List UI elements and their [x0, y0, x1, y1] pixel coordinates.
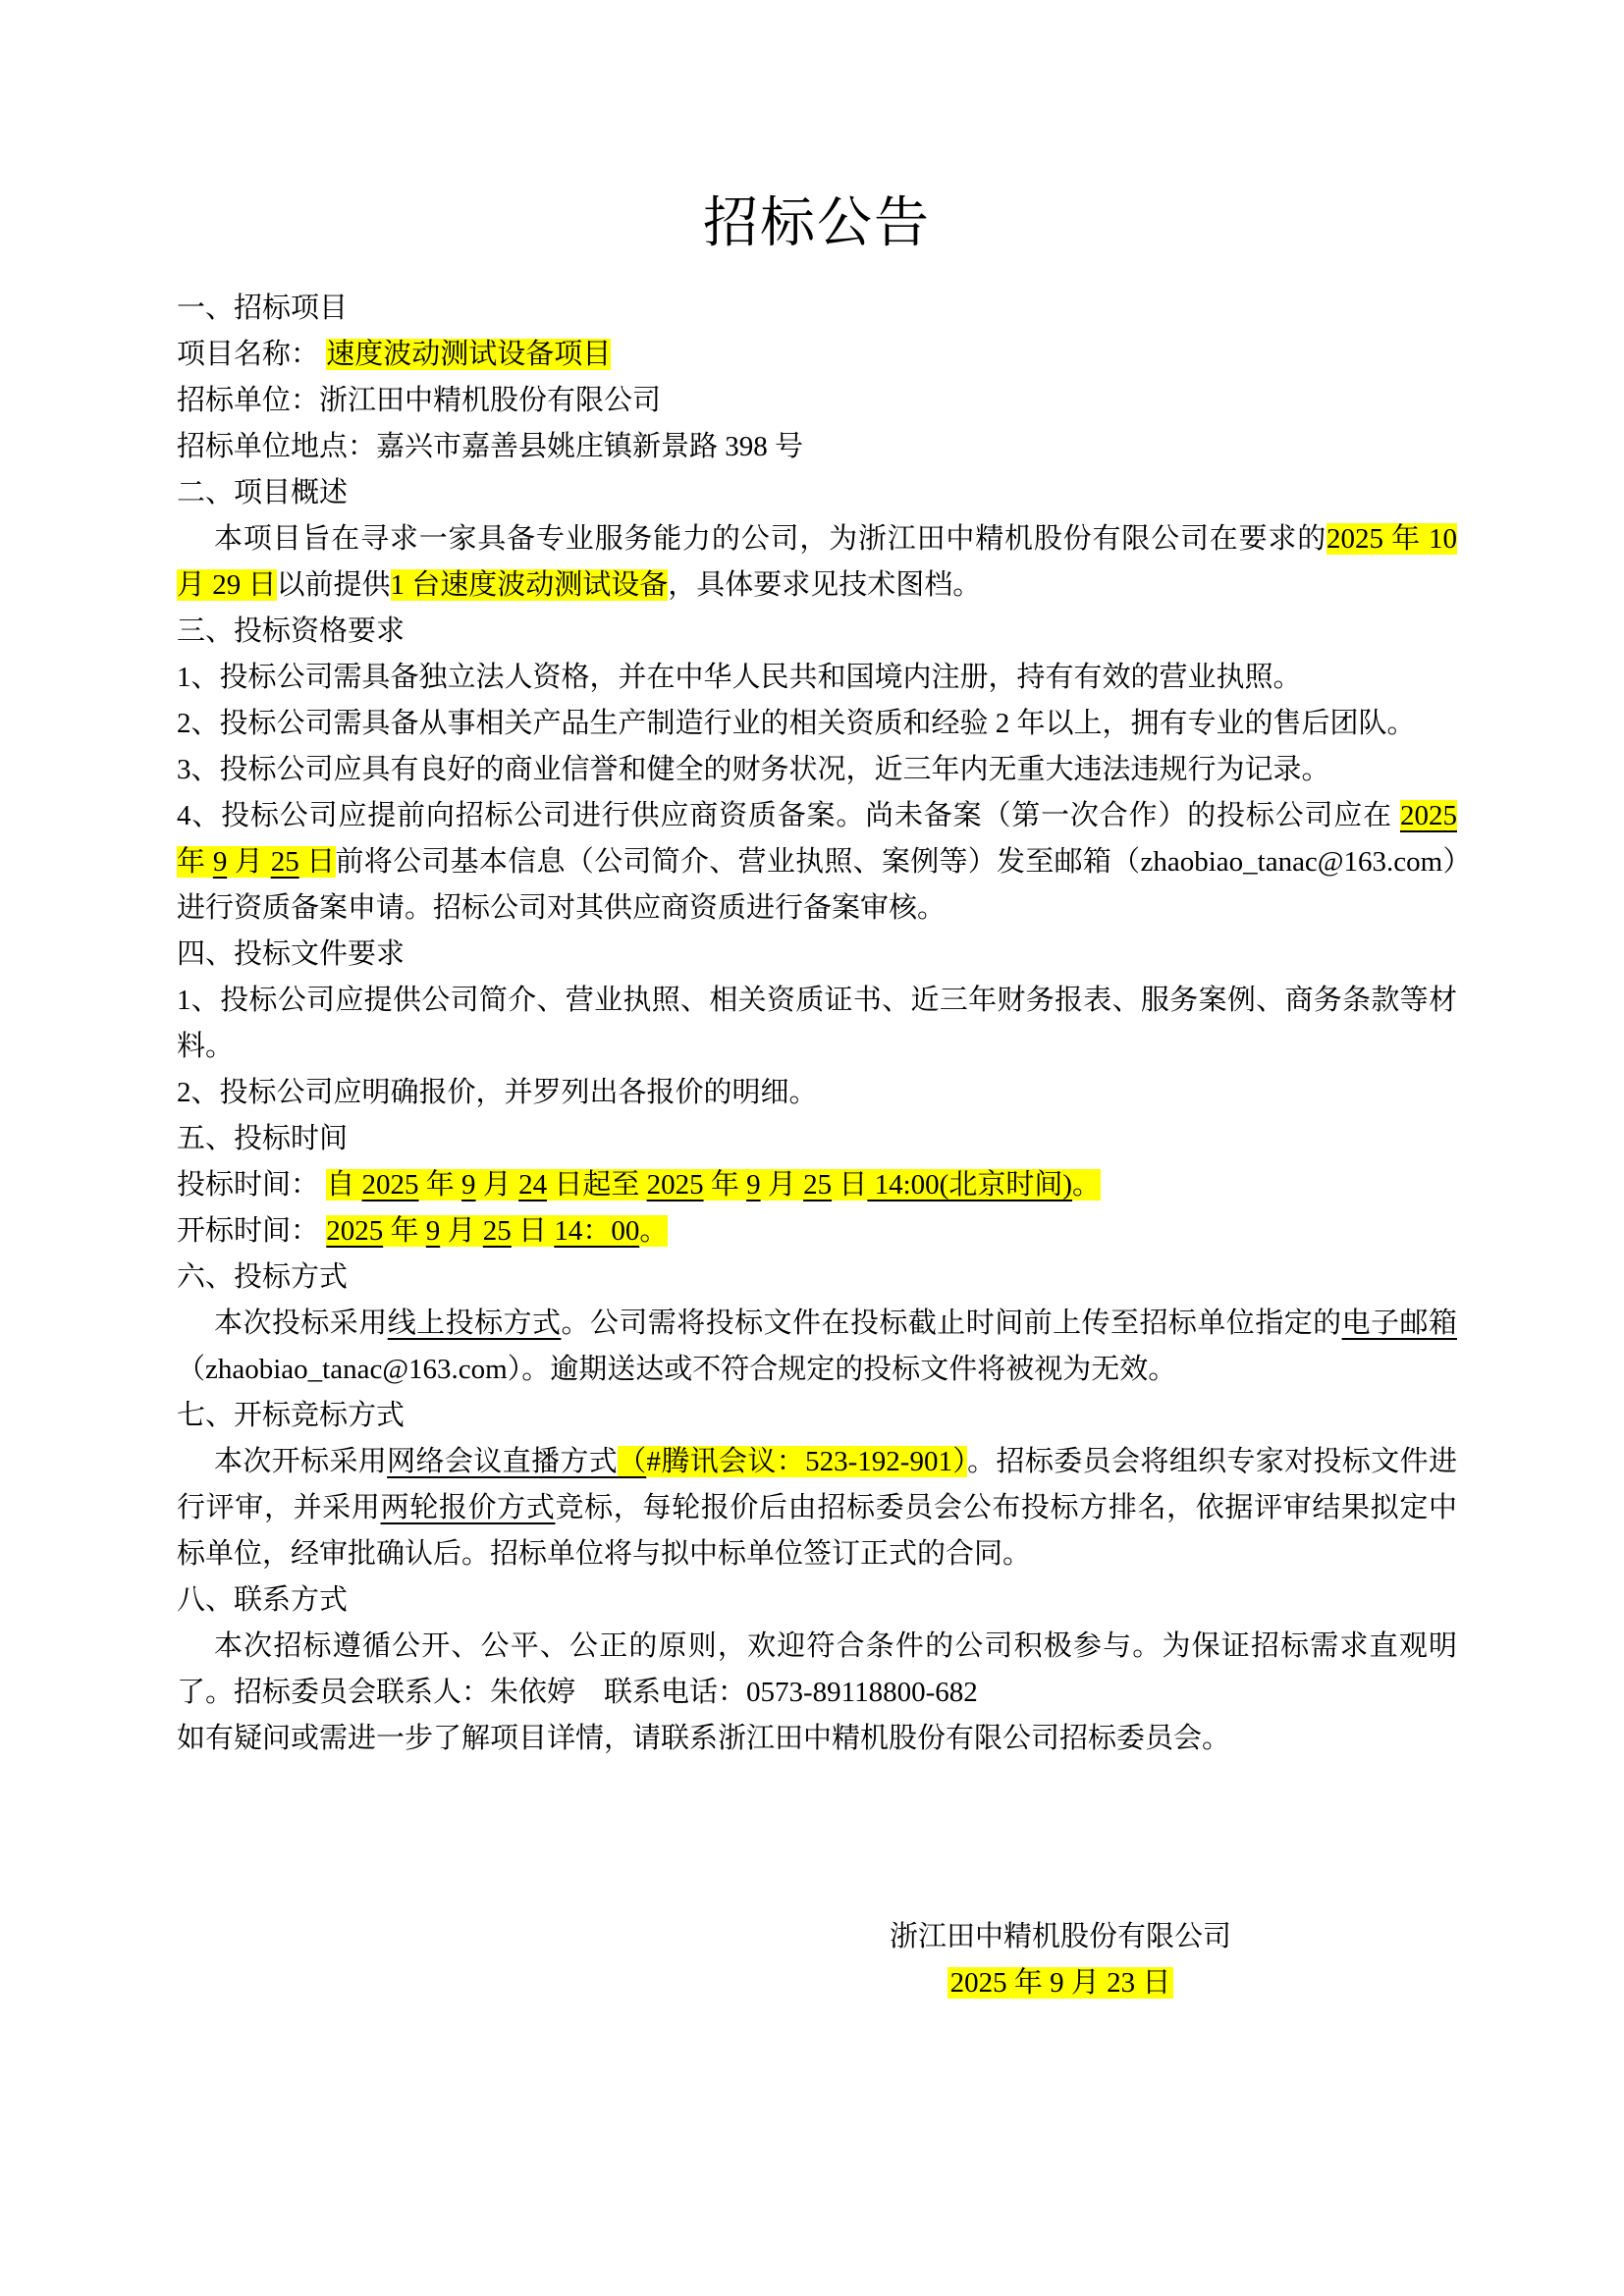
text-run: 9 — [213, 846, 228, 878]
heading-2: 二、项目概述 — [177, 470, 1457, 516]
documents-2: 2、投标公司应明确报价，并罗列出各报价的明细。 — [177, 1070, 1457, 1116]
qualification-4: 4、投标公司应提前向招标公司进行供应商资质备案。尚未备案（第一次合作）的投标公司… — [177, 793, 1457, 932]
text-run: 四、投标文件要求 — [177, 938, 405, 970]
text-run: 年 — [704, 1169, 747, 1201]
text-run: 自 — [326, 1169, 361, 1201]
qualification-2: 2、投标公司需具备从事相关产品生产制造行业的相关资质和经验 2 年以上，拥有专业… — [177, 701, 1457, 747]
text-run: 2、投标公司需具备从事相关产品生产制造行业的相关资质和经验 2 年以上，拥有专业… — [177, 708, 1416, 739]
text-run: 日起至 — [547, 1169, 647, 1201]
text-run: ，具体要求见技术图档。 — [668, 569, 981, 601]
text-run: 24 — [518, 1169, 547, 1201]
text-run: 9 — [746, 1169, 761, 1201]
project-name-line: 项目名称： 速度波动测试设备项目 — [177, 332, 1457, 378]
text-run: 。 — [639, 1215, 668, 1247]
text-run: 本次招标遵循公开、公平、公正的原则，欢迎符合条件的公司积极参与。为保证招标需求直… — [177, 1630, 1457, 1708]
heading-3: 三、投标资格要求 — [177, 609, 1457, 655]
text-run: 。公司需将投标文件在投标截止时间前上传至招标单位指定的 — [561, 1308, 1341, 1339]
text-run: 2、投标公司应明确报价，并罗列出各报价的明细。 — [177, 1077, 818, 1108]
text-run: 1 台速度波动测试设备 — [391, 569, 669, 601]
document-title: 招标公告 — [177, 196, 1457, 251]
text-run: 。 — [1072, 1169, 1101, 1201]
heading-5: 五、投标时间 — [177, 1116, 1457, 1162]
text-run: 电子邮箱 — [1342, 1308, 1457, 1339]
text-run: 招标单位地点：嘉兴市嘉善县姚庄镇新景路 398 号 — [177, 431, 803, 462]
heading-1: 一、招标项目 — [177, 286, 1457, 332]
text-run: 月 — [440, 1215, 483, 1247]
text-run: 年 — [177, 846, 213, 878]
text-run: 9 — [426, 1215, 441, 1247]
text-run: 9 — [461, 1169, 476, 1201]
text-run: 1、投标公司需具备独立法人资格，并在中华人民共和国境内注册，持有有效的营业执照。 — [177, 662, 1302, 693]
documents-1: 1、投标公司应提供公司简介、营业执照、相关资质证书、近三年财务报表、服务案例、商… — [177, 978, 1457, 1070]
text-run: 前将公司基本信息（公司简介、营业执照、案例等）发至邮箱（zhaobiao_tan… — [177, 846, 1457, 924]
text-run: 以前提供 — [277, 569, 391, 601]
text-run: 1、投标公司应提供公司简介、营业执照、相关资质证书、近三年财务报表、服务案例、商… — [177, 985, 1457, 1062]
contact-footer-line: 如有疑问或需进一步了解项目详情，请联系浙江田中精机股份有限公司招标委员会。 — [177, 1716, 1457, 1762]
text-run: 2025 — [1400, 800, 1457, 831]
text-run: 25 — [483, 1215, 512, 1247]
text-run: （ — [618, 1446, 646, 1477]
text-run: 月 — [761, 1169, 804, 1201]
text-run: 一、招标项目 — [177, 293, 348, 324]
text-run: 日 — [299, 846, 336, 878]
text-run: 两轮报价方式 — [381, 1492, 556, 1523]
text-run: 六、投标方式 — [177, 1261, 348, 1293]
heading-7: 七、开标竞标方式 — [177, 1393, 1457, 1439]
text-run: （zhaobiao_tanac@163.com）。逾期送达或不符合规定的投标文件… — [177, 1354, 1176, 1385]
text-run: 日 — [832, 1169, 867, 1201]
text-run: 2025 — [326, 1215, 383, 1247]
text-run: 二、项目概述 — [177, 477, 348, 508]
project-overview-paragraph: 本项目旨在寻求一家具备专业服务能力的公司，为浙江田中精机股份有限公司在要求的20… — [177, 516, 1457, 609]
text-run: 三、投标资格要求 — [177, 615, 405, 647]
text-run: 4、投标公司应提前向招标公司进行供应商资质备案。尚未备案（第一次合作）的投标公司… — [177, 800, 1400, 831]
document-page: 招标公告 一、招标项目项目名称： 速度波动测试设备项目招标单位：浙江田中精机股份… — [0, 0, 1624, 2296]
contact-paragraph: 本次招标遵循公开、公平、公正的原则，欢迎符合条件的公司积极参与。为保证招标需求直… — [177, 1624, 1457, 1716]
text-run: 25 — [803, 1169, 832, 1201]
qualification-1: 1、投标公司需具备独立法人资格，并在中华人民共和国境内注册，持有有效的营业执照。 — [177, 655, 1457, 701]
text-run: 月 — [227, 846, 270, 878]
text-run: 线上投标方式 — [388, 1308, 562, 1339]
text-run: 招标单位：浙江田中精机股份有限公司 — [177, 385, 661, 416]
qualification-3: 3、投标公司应具有良好的商业信誉和健全的财务状况，近三年内无重大违法违规行为记录… — [177, 747, 1457, 793]
text-run: 八、联系方式 — [177, 1584, 348, 1616]
heading-6: 六、投标方式 — [177, 1255, 1457, 1301]
text-run: 五、投标时间 — [177, 1123, 348, 1154]
text-run: 日 — [512, 1215, 555, 1247]
open-bid-method-paragraph: 本次开标采用网络会议直播方式（#腾讯会议：523-192-901）。招标委员会将… — [177, 1439, 1457, 1577]
text-run: 3、投标公司应具有良好的商业信誉和健全的财务状况，近三年内无重大违法违规行为记录… — [177, 754, 1330, 785]
text-run: 14：00 — [554, 1215, 639, 1247]
text-run: 2025 — [647, 1169, 704, 1201]
text-run: 月 — [476, 1169, 519, 1201]
document-body: 一、招标项目项目名称： 速度波动测试设备项目招标单位：浙江田中精机股份有限公司招… — [177, 286, 1457, 1762]
text-run: 项目名称： — [177, 339, 326, 370]
bid-method-paragraph: 本次投标采用线上投标方式。公司需将投标文件在投标截止时间前上传至招标单位指定的电… — [177, 1301, 1457, 1393]
text-run: 年 — [419, 1169, 462, 1201]
text-run: 网络会议直播方式 — [387, 1446, 618, 1477]
text-run: 25 — [271, 846, 299, 878]
heading-8: 八、联系方式 — [177, 1577, 1457, 1624]
text-run: 开标时间： — [177, 1215, 326, 1247]
signature-block: 浙江田中精机股份有限公司 2025 年 9 月 23 日 — [890, 1914, 1231, 2006]
signature-company: 浙江田中精机股份有限公司 — [890, 1914, 1231, 1960]
text-run: 如有疑问或需进一步了解项目详情，请联系浙江田中精机股份有限公司招标委员会。 — [177, 1723, 1230, 1754]
bid-time-line: 投标时间： 自 2025 年 9 月 24 日起至 2025 年 9 月 25 … — [177, 1162, 1457, 1208]
text-run: 本次开标采用 — [214, 1446, 387, 1477]
text-run: 2025 — [362, 1169, 419, 1201]
tender-unit-address-line: 招标单位地点：嘉兴市嘉善县姚庄镇新景路 398 号 — [177, 424, 1457, 470]
text-run: 本项目旨在寻求一家具备专业服务能力的公司，为浙江田中精机股份有限公司在要求的 — [214, 523, 1326, 555]
text-run: 投标时间： — [177, 1169, 326, 1201]
open-time-line: 开标时间： 2025 年 9 月 25 日 14：00。 — [177, 1208, 1457, 1255]
signature-date-line: 2025 年 9 月 23 日 — [890, 1960, 1231, 2006]
text-run: 本次投标采用 — [214, 1308, 388, 1339]
text-run: 速度波动测试设备项目 — [326, 339, 611, 370]
text-run: 七、开标竞标方式 — [177, 1400, 405, 1431]
signature-date: 2025 年 9 月 23 日 — [947, 1967, 1174, 1999]
text-run: #腾讯会议：523-192-901） — [646, 1446, 967, 1477]
text-run: 14:00(北京时间) — [867, 1169, 1072, 1201]
heading-4: 四、投标文件要求 — [177, 932, 1457, 978]
text-run: 年 — [383, 1215, 426, 1247]
tender-unit-line: 招标单位：浙江田中精机股份有限公司 — [177, 378, 1457, 424]
